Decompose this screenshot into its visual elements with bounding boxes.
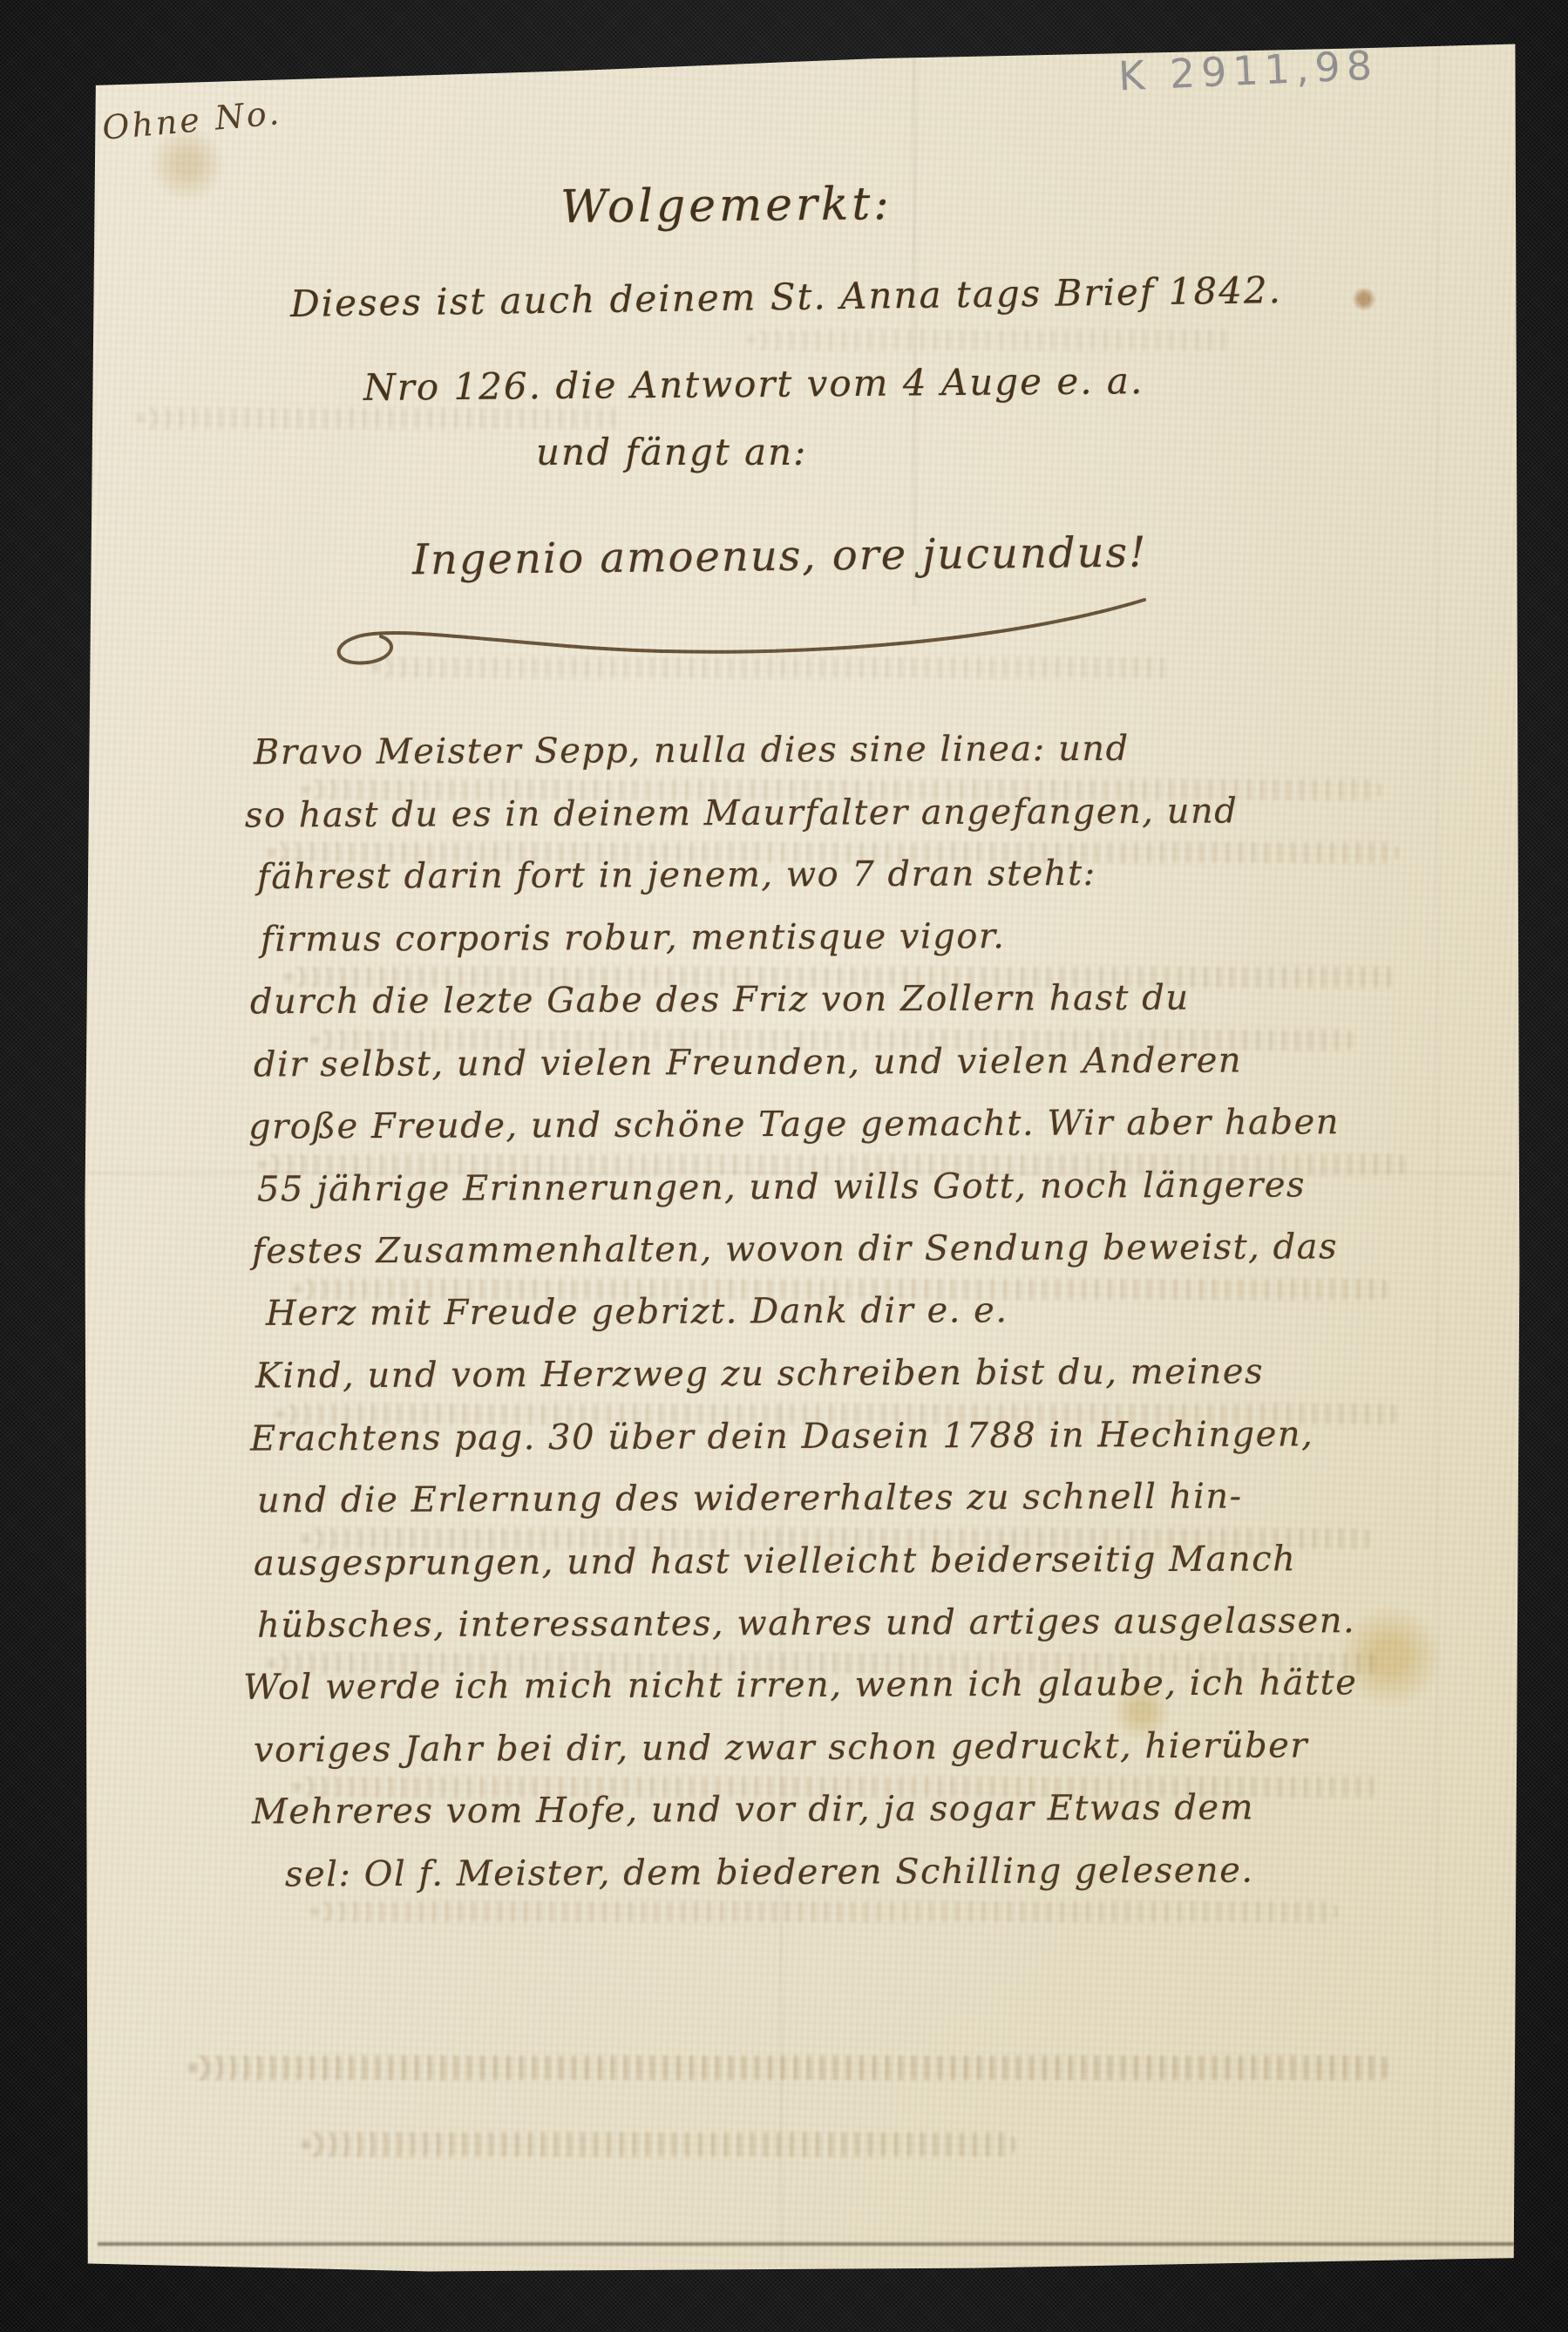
body-line: voriges Jahr bei dir, und zwar schon ged… [254,1725,1308,1770]
archive-number-pencil: K 2911,98 [1117,42,1379,100]
fold-crease-vertical-top [913,47,916,605]
ink-bleedthrough [745,330,1233,350]
letter-heading: Wolgemerkt: [560,178,893,234]
ink-bleedthrough-bottom-line [187,2056,1390,2080]
body-line: Bravo Meister Sepp, nulla dies sine line… [254,729,1130,772]
body-line: große Freude, und schöne Tage gemacht. W… [248,1102,1340,1146]
intro-line: Dieses ist auch deinem St. Anna tags Bri… [290,269,1283,325]
intro-line: und fängt an: [536,431,807,473]
body-line: 55 jährige Erinnerungen, und wills Gott,… [257,1165,1306,1209]
ink-bleedthrough-bottom-line [301,2132,1015,2157]
bottom-sheet-edge [98,2242,1514,2246]
body-line: durch die lezte Gabe des Friz von Zoller… [250,978,1190,1023]
body-line: ausgesprungen, und hast vielleicht beide… [254,1539,1297,1583]
fold-crease-vertical-center [780,1402,783,2265]
body-line: Wol werde ich mich nicht irren, wenn ich… [243,1662,1358,1708]
ink-bleedthrough [135,408,623,429]
ink-bleedthrough [309,1901,1338,1922]
photograph-canvas: { "archive": { "pencil_mark": "K 2911,98… [0,0,1568,2332]
body-line: fährest darin fort in jenem, wo 7 dran s… [257,853,1096,897]
body-line: Herz mit Freude gebrizt. Dank dir e. e. [266,1290,1008,1334]
body-line: und die Erlernung des widererhaltes zu s… [257,1477,1243,1521]
body-line: Kind, und vom Herzweg zu schreiben bist … [255,1351,1264,1396]
body-line: hübsches, interessantes, wahres und arti… [257,1601,1355,1645]
body-line: so hast du es in deinem Maurfalter angef… [245,792,1238,836]
body-line: sel: Ol f. Meister, dem biederen Schilli… [285,1851,1254,1895]
letter-page: Ohne No. K 2911,98 Wolgemerkt: Dieses is… [83,42,1521,2274]
body-line: Erachtens pag. 30 über dein Dasein 1788 … [250,1414,1314,1458]
body-line: firmus corporis robur, mentisque vigor. [261,916,1006,960]
intro-line: Nro 126. die Antwort vom 4 Auge e. a. [363,359,1144,409]
ink-bleedthrough [370,657,1172,678]
latin-motto: Ingenio amoenus, ore jucundus! [412,528,1148,585]
body-line: Mehreres vom Hofe, und vor dir, ja sogar… [252,1787,1254,1832]
corner-note: Ohne No. [100,93,282,147]
body-line: dir selbst, und vielen Freunden, und vie… [254,1041,1242,1085]
fold-crease-vertical-right [1436,45,1439,2265]
motto-flourish-swash [316,591,1153,678]
body-line: festes Zusammenhalten, wovon dir Sendung… [252,1227,1338,1271]
